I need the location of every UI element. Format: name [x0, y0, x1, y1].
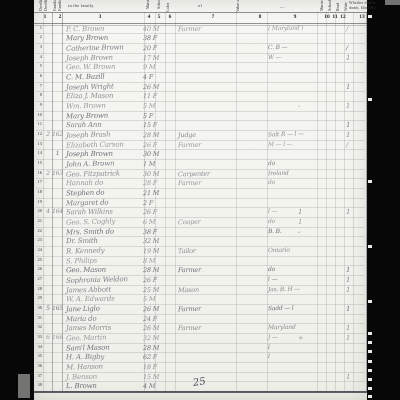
- row-agesex: 17 M: [143, 54, 159, 62]
- row-agesex: 5 M: [143, 102, 155, 110]
- row-birthplace: ( Maryland ): [268, 24, 303, 32]
- row-birthplace: Ireland: [268, 170, 289, 177]
- sprocket-mark: [368, 395, 372, 398]
- column-rule: [236, 12, 237, 391]
- row-family: 165: [51, 305, 64, 312]
- column-rule: [353, 12, 354, 391]
- row-name: Geo. W. Brown: [66, 63, 115, 72]
- film-scratch: [18, 374, 30, 398]
- row-name: Geo. S. Coghly: [66, 217, 115, 226]
- row-line: 5: [34, 63, 42, 68]
- sprocket-mark: [368, 341, 372, 344]
- sprocket-mark: [368, 15, 372, 18]
- header-fragment-deaf: Whether deaf a: [349, 1, 375, 5]
- row-occupation: Cooper: [178, 218, 201, 227]
- page-bottom-rule: [34, 391, 367, 393]
- row-mark2: 1: [346, 373, 350, 381]
- row-mark2: 1: [346, 276, 350, 284]
- row-agesex: 15 F: [143, 121, 157, 129]
- row-line: 28: [34, 286, 42, 291]
- row-name: Geo. Martin: [66, 334, 107, 343]
- row-agesex: 1 M: [143, 160, 155, 168]
- sprocket-mark: [368, 350, 372, 353]
- row-mark2: 1: [346, 305, 350, 313]
- column-rule: [344, 12, 345, 391]
- row-occupation: Farmer: [178, 324, 201, 332]
- row-agesex: 62 F: [143, 353, 157, 361]
- row-line: 35: [34, 353, 42, 358]
- column-rule: [366, 12, 367, 391]
- rotated-header-dwelling: Dwellings numbered: [39, 0, 43, 11]
- row-line: 17: [34, 179, 42, 184]
- row-mark2: 1: [346, 131, 350, 139]
- film-edge-left: [0, 0, 34, 400]
- row-agesex: 5 M: [143, 295, 155, 303]
- header-fragment-dash: —: [280, 4, 285, 9]
- row-name: Elizabeth Carson: [66, 140, 124, 149]
- rotated-header-married: Married: [320, 0, 324, 11]
- row-agesex: 20 F: [143, 44, 157, 52]
- row-name: Wm. Brown: [66, 101, 106, 110]
- row-name: Joseph Brown: [66, 53, 113, 62]
- row-occupation: Farmer: [178, 305, 201, 314]
- row-name: J. Benson: [66, 372, 97, 381]
- row-name: James Abbott: [66, 285, 111, 294]
- row-agesex: 25 M: [143, 286, 159, 294]
- row-name: R. Kennedy: [66, 247, 105, 256]
- row-occupation: Tailor: [178, 247, 196, 255]
- row-birthplace: Maryland: [268, 324, 296, 331]
- row-birthplace: do: [268, 266, 275, 273]
- row-name: P. C. Brown: [66, 24, 104, 33]
- row-line: 25: [34, 257, 42, 262]
- row-line: 10: [34, 112, 42, 117]
- rotated-header-family: Families numbered: [53, 0, 57, 11]
- row-agesex: 4 M: [143, 382, 155, 390]
- column-number: 13: [355, 14, 369, 20]
- row-line: 12: [34, 131, 42, 136]
- row-line: 8: [34, 92, 42, 97]
- row-name: Joseph Brash: [66, 130, 111, 139]
- row-mark2: /: [346, 25, 348, 33]
- row-agesex: 26 F: [143, 141, 157, 149]
- row-line: 16: [34, 170, 42, 175]
- row-line: 1: [34, 25, 42, 30]
- row-birthplace: l: [268, 344, 270, 351]
- row-mark2: 1: [346, 102, 350, 110]
- header-fragment-of: of: [198, 3, 202, 8]
- row-name: S. Philips: [66, 256, 97, 265]
- row-agesex: 4 F: [143, 73, 153, 81]
- rotated-header-color: Color: [166, 0, 170, 12]
- sprocket-mark: [368, 98, 372, 101]
- sprocket-mark: [368, 360, 372, 363]
- row-mark1: 1: [298, 208, 302, 216]
- row-mark1: -: [298, 228, 300, 236]
- row-line: 7: [34, 83, 42, 88]
- sprocket-mark: [368, 332, 372, 335]
- row-birthplace: l: [268, 353, 270, 360]
- row-agesex: 28 M: [143, 131, 159, 139]
- row-name: H. A. Bigby: [66, 353, 104, 361]
- row-agesex: 2 F: [143, 199, 153, 207]
- row-line: 14: [34, 150, 42, 155]
- row-agesex: 8 M: [143, 257, 155, 265]
- row-name: Catherine Brown: [66, 43, 124, 53]
- sprocket-mark: [368, 180, 372, 183]
- row-line: 32: [34, 324, 42, 329]
- row-birthplace: l —: [268, 208, 277, 215]
- row-mark2: 1: [346, 286, 350, 294]
- film-scratch: [385, 0, 400, 5]
- row-line: 6: [34, 73, 42, 78]
- column-number: 12: [336, 14, 350, 20]
- row-line: 3: [34, 44, 42, 49]
- row-agesex: 5 F: [143, 112, 153, 120]
- row-birthplace: W —: [268, 54, 282, 61]
- row-line: 18: [34, 189, 42, 194]
- row-agesex: 26 F: [143, 208, 157, 216]
- row-birthplace: l —: [268, 276, 277, 283]
- row-name: W. A. Edwards: [66, 295, 115, 304]
- rotated-header-family2: Families numbered: [58, 0, 62, 11]
- row-birthplace: B. B.: [268, 228, 282, 235]
- row-name: Mrs. Smith do: [66, 227, 114, 236]
- column-number: 3: [93, 14, 107, 20]
- row-family: 1: [51, 150, 64, 157]
- row-agesex: 24 F: [143, 315, 157, 323]
- row-line: 23: [34, 237, 42, 242]
- row-line: 29: [34, 295, 42, 300]
- sprocket-mark: [368, 378, 372, 381]
- rotated-header-dwelling2: Dwellings numbered: [44, 0, 48, 11]
- row-line: 36: [34, 363, 42, 368]
- row-line: 19: [34, 199, 42, 204]
- rotated-header-value: Value of Estate: [236, 0, 240, 12]
- row-agesex: 28 M: [143, 344, 159, 352]
- row-birthplace: do: [268, 218, 275, 225]
- row-mark2: 1: [346, 324, 350, 332]
- row-line: 21: [34, 218, 42, 223]
- row-agesex: 30 M: [143, 170, 159, 178]
- row-name: Hannah do: [66, 179, 103, 187]
- row-name: Geo. Mason: [66, 266, 106, 274]
- row-birthplace: M — l —: [268, 140, 293, 148]
- row-name: Maria do: [66, 314, 97, 323]
- row-mark2: 1: [346, 266, 350, 274]
- row-name: Eliza J. Mason: [66, 92, 113, 100]
- row-name: Sarah Wilkins: [66, 208, 113, 216]
- rotated-header-read: Read: [336, 0, 340, 11]
- row-agesex: 26 M: [143, 324, 159, 332]
- column-number: 6: [163, 14, 177, 20]
- row-birthplace: Ontario: [268, 247, 290, 255]
- row-occupation: Farmer: [178, 140, 201, 148]
- rotated-header-sex: School: [157, 0, 161, 9]
- sprocket-mark: [368, 387, 372, 390]
- row-name: Joseph Wright: [66, 82, 114, 91]
- row-family: 164: [51, 208, 64, 215]
- sprocket-mark: [368, 369, 372, 372]
- row-birthplace: J —: [268, 334, 278, 341]
- row-line: 38: [34, 382, 42, 387]
- row-occupation: Judge: [178, 131, 196, 139]
- row-line: 30: [34, 305, 42, 310]
- row-mark1: +: [298, 334, 304, 342]
- row-agesex: 28 M: [143, 266, 159, 274]
- row-name: John A. Brown: [66, 159, 115, 168]
- row-agesex: 32 M: [143, 237, 159, 245]
- row-birthplace: C. B —: [268, 44, 288, 52]
- row-line: 37: [34, 373, 42, 378]
- column-number: 2: [53, 14, 67, 20]
- row-name: Margaret do: [66, 198, 109, 207]
- column-rule: [326, 12, 327, 391]
- row-line: 13: [34, 141, 42, 146]
- rotated-header-school: School: [328, 0, 332, 11]
- header-rule: [34, 12, 367, 13]
- row-agesex: 21 M: [143, 189, 159, 197]
- row-line: 4: [34, 54, 42, 59]
- row-agesex: 28 F: [143, 179, 157, 187]
- row-agesex: 38 F: [143, 228, 157, 236]
- row-line: 20: [34, 208, 42, 213]
- row-name: Mary Brown: [66, 111, 108, 120]
- row-name: Mary Brown: [66, 34, 108, 42]
- row-agesex: 40 M: [143, 25, 159, 33]
- row-birthplace: Jas. B. H —: [268, 285, 300, 293]
- row-birthplace: do: [268, 160, 275, 167]
- row-birthplace: do: [268, 179, 275, 186]
- row-name: M. Hanson: [66, 363, 103, 372]
- row-agesex: 9 M: [143, 63, 155, 71]
- row-family: 163: [51, 170, 64, 177]
- row-family: 162: [51, 131, 64, 138]
- row-line: 34: [34, 344, 42, 349]
- row-line: 24: [34, 247, 42, 252]
- row-mark1: 1: [298, 218, 302, 226]
- row-agesex: 6 M: [143, 218, 155, 226]
- rotated-header-write: Write: [344, 0, 348, 11]
- row-line: 11: [34, 121, 42, 126]
- row-mark2: 1: [346, 83, 350, 91]
- row-mark2: 1: [346, 54, 350, 62]
- row-line: 31: [34, 315, 42, 320]
- row-occupation: Carpenter: [178, 169, 210, 178]
- row-agesex: 26 M: [143, 83, 159, 91]
- sprocket-mark: [368, 300, 372, 303]
- column-number: 7: [206, 14, 220, 20]
- row-mark2: 1: [346, 121, 350, 129]
- row-line: 9: [34, 102, 42, 107]
- row-name: L. Brown: [66, 382, 97, 390]
- row-name: James Morris: [66, 324, 111, 332]
- column-number: 8: [253, 14, 267, 20]
- column-number: 9: [288, 14, 302, 20]
- row-agesex: 26 M: [143, 305, 159, 313]
- row-mark1: -: [298, 102, 300, 110]
- row-name: Geo. Fitzpatrick: [66, 169, 120, 178]
- row-line: 26: [34, 266, 42, 271]
- column-rule: [175, 12, 176, 391]
- column-number: 1: [38, 14, 52, 20]
- row-name: C. M. Bazill: [66, 73, 105, 82]
- row-line: 2: [34, 34, 42, 39]
- row-occupation: Farmer: [178, 179, 201, 187]
- header-fragment-dumb: dumb, blind &c.: [349, 6, 377, 10]
- film-edge-right: [367, 0, 400, 400]
- census-scan-page: Dwellings numbered Dwellings numbered Fa…: [0, 0, 400, 400]
- row-mark2: /: [346, 44, 348, 52]
- column-rule: [317, 12, 318, 391]
- row-line: 15: [34, 160, 42, 165]
- row-occupation: Farmer: [178, 266, 201, 274]
- row-agesex: 19 M: [143, 247, 159, 255]
- row-agesex: 38 F: [143, 34, 157, 42]
- row-line: 33: [34, 334, 42, 339]
- column-rule: [335, 12, 336, 391]
- row-line: 22: [34, 228, 42, 233]
- footer-page-mark: 25: [192, 376, 206, 389]
- row-family: 166: [51, 334, 64, 341]
- header-fragment-family: in the family.: [68, 3, 95, 8]
- row-line: 27: [34, 276, 42, 281]
- row-name: Joseph Brown: [66, 150, 113, 158]
- rotated-header-age: Married: [146, 0, 150, 9]
- row-agesex: 18 F: [143, 363, 157, 371]
- row-agesex: 15 M: [143, 373, 159, 381]
- row-agesex: 32 M: [143, 334, 159, 342]
- row-name: Sarah Ann: [66, 121, 102, 129]
- row-agesex: 11 F: [143, 92, 157, 100]
- row-name: Sam'l Mason: [66, 343, 110, 352]
- row-occupation: Farmer: [178, 24, 201, 32]
- row-mark2: 1: [346, 334, 350, 342]
- row-name: Dr. Smith: [66, 237, 98, 245]
- row-birthplace: Salt R — l —: [268, 131, 304, 139]
- column-rule: [165, 12, 166, 391]
- row-birthplace: Sadd — l: [268, 305, 294, 313]
- row-name: Jane Liglo: [66, 305, 100, 314]
- row-mark2: 1: [346, 208, 350, 216]
- row-agesex: 26 F: [143, 276, 157, 284]
- row-occupation: Mason: [178, 286, 199, 294]
- row-agesex: 30 M: [143, 150, 159, 158]
- row-mark2: /: [346, 141, 348, 149]
- sprocket-mark: [368, 245, 372, 248]
- row-name: Stephen do: [66, 189, 105, 198]
